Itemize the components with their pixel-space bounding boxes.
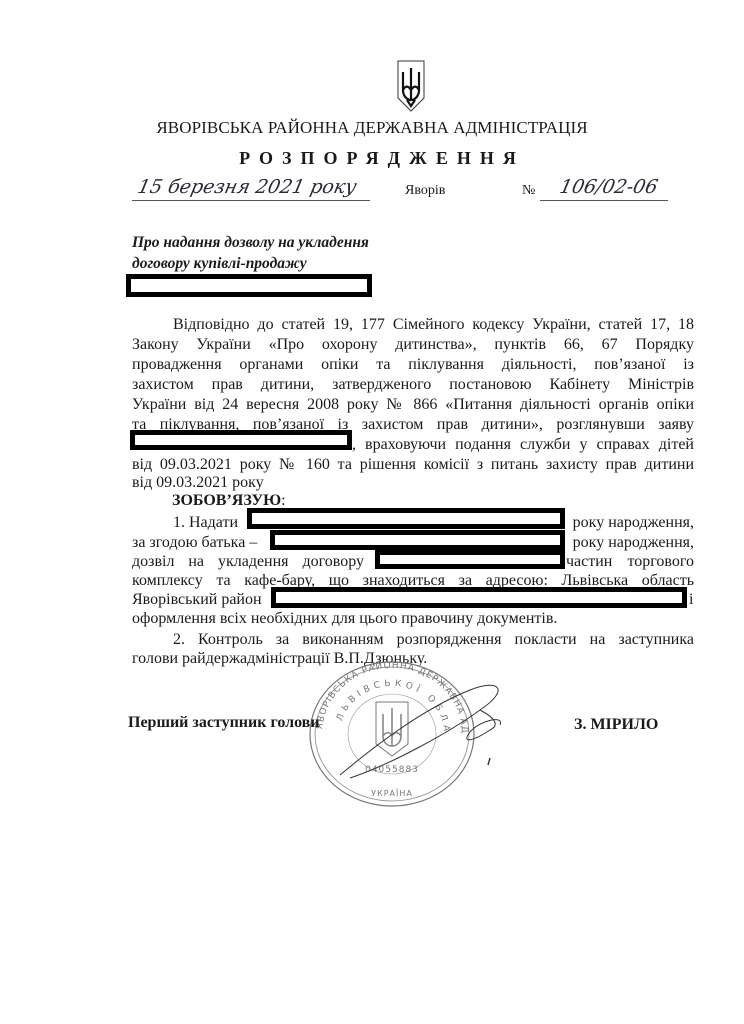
redaction-box bbox=[130, 430, 352, 450]
redaction-box bbox=[375, 550, 565, 569]
redaction-box bbox=[271, 587, 687, 608]
redaction-box bbox=[247, 508, 565, 529]
coat-of-arms-icon bbox=[397, 60, 425, 112]
obligation-heading-text: ЗОБОВ’ЯЗУЮ bbox=[172, 492, 281, 509]
item1-start: 1. Надати bbox=[173, 514, 238, 532]
subject-line-2: договору купівлі-продажу bbox=[132, 255, 307, 273]
item1-line6: оформлення всіх необхідних для цього пра… bbox=[132, 610, 557, 628]
subject-line-1: Про надання дозволу на укладення bbox=[132, 234, 369, 252]
redaction-box bbox=[126, 274, 372, 297]
preamble-line: провадження органами опіки та піклування… bbox=[132, 356, 694, 374]
preamble-line: , враховуючи подання служби у справах ді… bbox=[352, 436, 694, 454]
item1-line3-start: дозвіл на укладення договору bbox=[132, 553, 364, 571]
redaction-box bbox=[270, 530, 565, 550]
preamble-line: Відповідно до статей 19, 177 Сімейного к… bbox=[173, 316, 694, 334]
item1-line5-end: і bbox=[689, 591, 693, 609]
item1-line5-start: Яворівський район bbox=[132, 591, 262, 609]
item2-line1: 2. Контроль за виконанням розпорядження … bbox=[173, 631, 694, 649]
handwritten-signature bbox=[330, 670, 520, 780]
preamble-line: України від 24 вересня 2008 року № 866 «… bbox=[132, 396, 694, 414]
number-underline bbox=[540, 200, 668, 201]
obligation-colon: : bbox=[281, 492, 285, 509]
signatory-name: З. МІРИЛО bbox=[574, 716, 658, 734]
item1-line2-start: за згодою батька – bbox=[132, 534, 257, 552]
item1-line3-end: частин торгового bbox=[566, 553, 694, 571]
signatory-position: Перший заступник голови bbox=[128, 714, 320, 732]
preamble-line: від 09.03.2021 року bbox=[132, 474, 694, 492]
svg-text:УКРАЇНА: УКРАЇНА bbox=[371, 788, 413, 798]
document-city: Яворів bbox=[405, 183, 445, 199]
document-number: 106/02-06 bbox=[558, 176, 660, 198]
document-type: РОЗПОРЯДЖЕННЯ bbox=[0, 148, 744, 169]
item1-end: року народження, bbox=[566, 514, 694, 532]
item1-line2-end: року народження, bbox=[566, 534, 694, 552]
preamble-line: від 09.03.2021 року № 160 та рішення ком… bbox=[132, 456, 694, 474]
date-underline bbox=[132, 200, 370, 201]
number-label: № bbox=[522, 183, 535, 199]
preamble-line: захистом прав дитини, затвердженого пост… bbox=[132, 376, 694, 394]
organization-name: ЯВОРІВСЬКА РАЙОННА ДЕРЖАВНА АДМІНІСТРАЦІ… bbox=[0, 118, 744, 138]
document-date: 15 березня 2021 року bbox=[136, 176, 359, 198]
preamble-line: Закону України «Про охорону дитинства», … bbox=[132, 336, 694, 354]
